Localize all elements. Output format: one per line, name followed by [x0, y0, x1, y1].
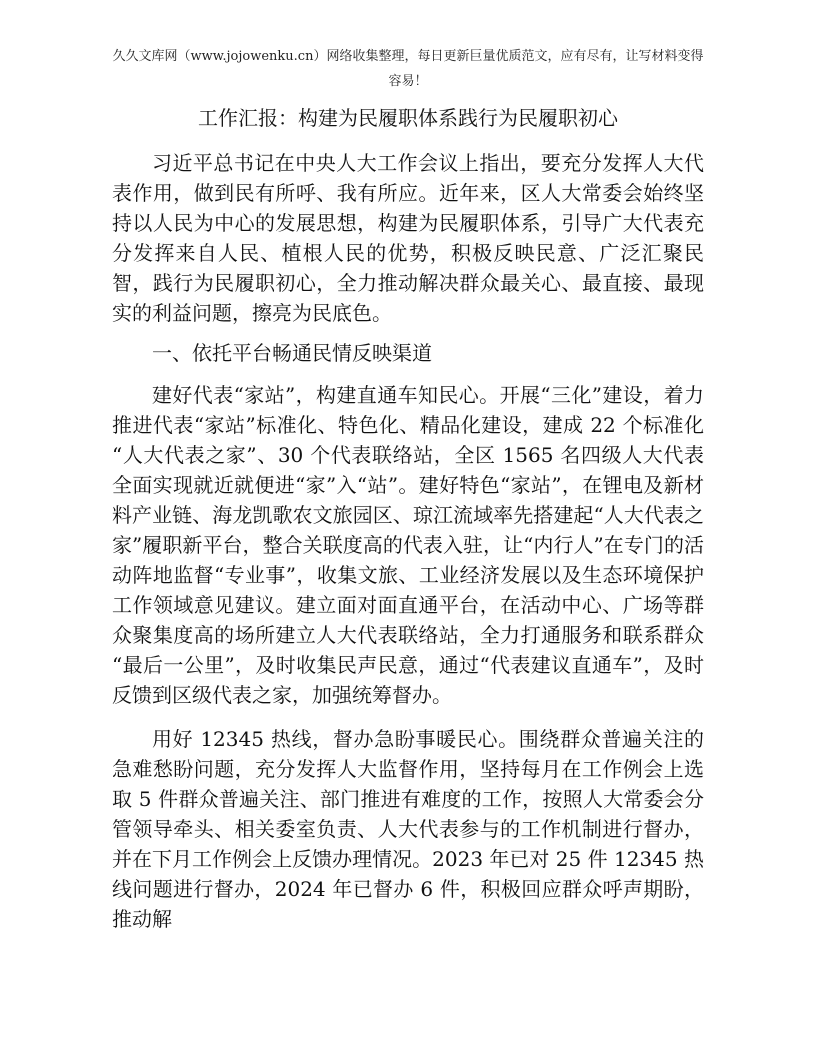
document-title: 工作汇报：构建为民履职体系践行为民履职初心: [112, 104, 704, 132]
paragraph-intro: 习近平总书记在中央人大工作会议上指出，要充分发挥人大代表作用，做到民有所呼、我有…: [112, 148, 704, 328]
paragraph-home-stations: 建好代表“家站”，构建直通车知民心。开展“三化”建设，着力推进代表“家站”标准化…: [112, 380, 704, 710]
document-page: 久久文库网（www.jojowenku.cn）网络收集整理，每日更新巨量优质范文…: [0, 0, 816, 1056]
site-watermark-header: 久久文库网（www.jojowenku.cn）网络收集整理，每日更新巨量优质范文…: [112, 44, 704, 94]
section-heading-1: 一、依托平台畅通民情反映渠道: [112, 338, 704, 368]
paragraph-hotline-12345: 用好 12345 热线，督办急盼事暖民心。围绕群众普遍关注的急难愁盼问题，充分发…: [112, 724, 704, 934]
